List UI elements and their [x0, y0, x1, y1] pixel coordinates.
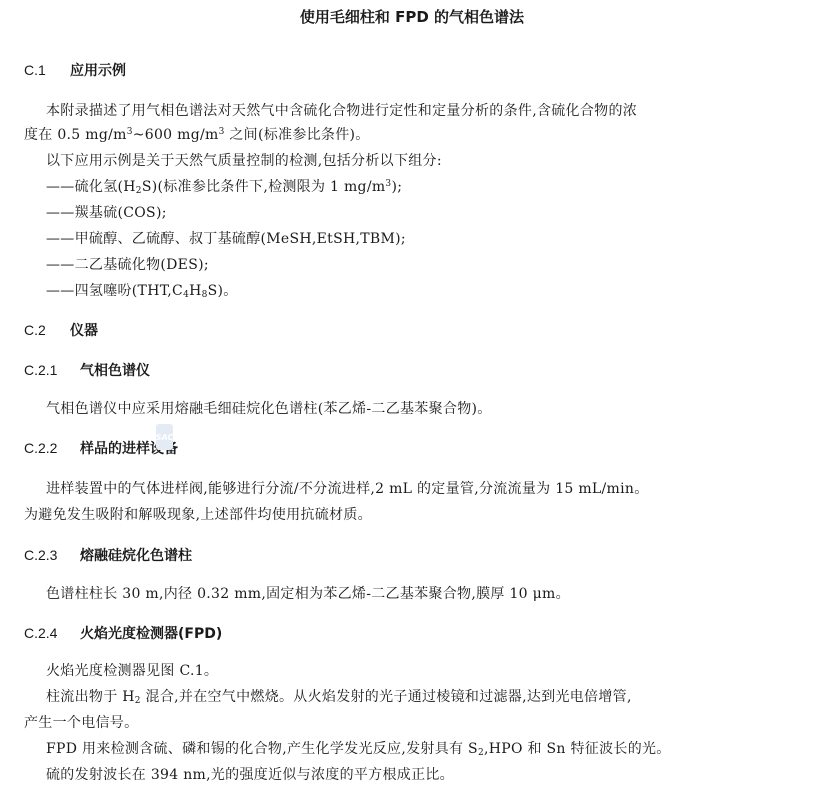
paragraph: 气相色谱仪中应采用熔融毛细硅烷化色谱柱(苯乙烯-二乙基苯聚合物)。 [46, 398, 492, 418]
list-item: ——羰基硫(COS); [46, 202, 167, 222]
section-number: C.2 [24, 322, 70, 338]
paragraph: 本附录描述了用气相色谱法对天然气中含硫化合物进行定性和定量分析的条件,含硫化合物… [46, 100, 637, 120]
section-title: 火焰光度检测器(FPD) [80, 626, 222, 642]
document-title: 使用毛细柱和 FPD 的气相色谱法 [0, 6, 824, 27]
paragraph: 火焰光度检测器见图 C.1。 [46, 660, 218, 680]
list-item: ——甲硫醇、乙硫醇、叔丁基硫醇(MeSH,EtSH,TBM); [46, 228, 406, 248]
sac-watermark-logo: SAC [156, 424, 173, 450]
section-heading-c2: C.2仪器 [24, 320, 98, 340]
paragraph: 为避免发生吸附和解吸现象,上述部件均使用抗硫材质。 [24, 504, 372, 524]
section-number: C.2.3 [24, 547, 80, 563]
list-item: ——四氢噻吩(THT,C4H8S)。 [46, 280, 238, 300]
section-number: C.2.2 [24, 440, 80, 456]
section-heading-c24: C.2.4火焰光度检测器(FPD) [24, 623, 222, 643]
section-heading-c23: C.2.3熔融硅烷化色谱柱 [24, 545, 192, 565]
section-title: 熔融硅烷化色谱柱 [80, 548, 192, 564]
section-title: 应用示例 [70, 63, 126, 79]
paragraph: 色谱柱柱长 30 m,内径 0.32 mm,固定相为苯乙烯-二乙基苯聚合物,膜厚… [46, 583, 570, 603]
paragraph: 度在 0.5 mg/m3~600 mg/m3 之间(标准参比条件)。 [24, 124, 370, 144]
paragraph: 硫的发射波长在 394 nm,光的强度近似与浓度的平方根成正比。 [46, 764, 454, 784]
list-item: ——硫化氢(H2S)(标准参比条件下,检测限为 1 mg/m3); [46, 176, 402, 196]
section-number: C.2.4 [24, 625, 80, 641]
paragraph: 进样装置中的气体进样阀,能够进行分流/不分流进样,2 mL 的定量管,分流流量为… [46, 478, 649, 498]
list-item: ——二乙基硫化物(DES); [46, 254, 209, 274]
section-heading-c21: C.2.1气相色谱仪 [24, 360, 150, 380]
section-number: C.1 [24, 62, 70, 78]
paragraph: 产生一个电信号。 [24, 712, 138, 732]
paragraph: FPD 用来检测含硫、磷和锡的化合物,产生化学发光反应,发射具有 S2,HPO … [46, 738, 671, 758]
section-heading-c1: C.1应用示例 [24, 60, 126, 80]
section-number: C.2.1 [24, 362, 80, 378]
paragraph: 以下应用示例是关于天然气质量控制的检测,包括分析以下组分: [46, 150, 442, 170]
paragraph: 柱流出物于 H2 混合,并在空气中燃烧。从火焰发射的光子通过棱镜和过滤器,达到光… [46, 686, 632, 706]
section-title: 仪器 [70, 323, 98, 339]
section-title: 气相色谱仪 [80, 363, 150, 379]
